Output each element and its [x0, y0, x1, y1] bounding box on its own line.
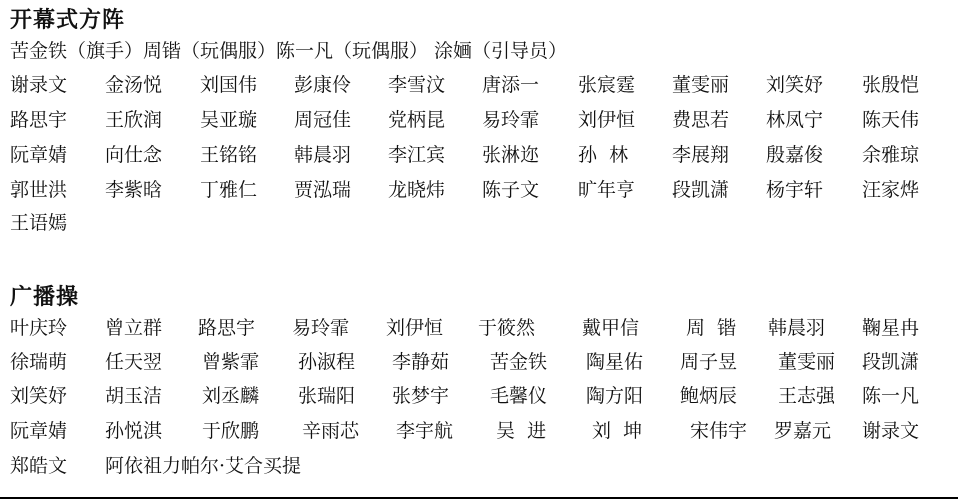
person-name: 徐瑞萌	[10, 347, 67, 374]
person-name: 吴 进	[496, 416, 546, 443]
person-name: 张淋迩	[482, 140, 539, 167]
person-name: 陶方阳	[586, 381, 643, 408]
person-name: 周子昱	[680, 347, 737, 374]
person-name: 张殷恺	[862, 70, 919, 97]
section-title: 开幕式方阵	[10, 3, 125, 34]
person-name: 郭世洪	[10, 175, 67, 202]
person-name: 丁雅仁	[200, 175, 257, 202]
person-name: 路思宇	[10, 105, 67, 132]
person-name: 王志强	[778, 381, 835, 408]
name-row: 郭世洪李紫晗丁雅仁贾泓瑞龙晓炜陈子文旷年亨段凯潇杨宇轩汪家烨	[0, 175, 958, 205]
person-name: 段凯潇	[862, 347, 919, 374]
person-name: 周 锴	[686, 313, 736, 340]
person-name: 王铭铭	[200, 140, 257, 167]
person-name: 李宇航	[396, 416, 453, 443]
person-name: 吴亚璇	[200, 105, 257, 132]
name-row: 刘笑妤胡玉洁刘丞麟张瑞阳张梦宇毛馨仪陶方阳鲍炳辰王志强陈一凡	[0, 381, 958, 411]
person-name: 向仕念	[105, 140, 162, 167]
name-row: 王语嫣	[0, 208, 958, 238]
person-name: 苦金铁	[490, 347, 547, 374]
person-name: 陈天伟	[862, 105, 919, 132]
person-name: 金汤悦	[105, 70, 162, 97]
person-name: 谢录文	[862, 416, 919, 443]
person-name: 阿依祖力帕尔·艾合买提	[105, 451, 301, 478]
person-name: 李雪汶	[388, 70, 445, 97]
person-name: 郑皓文	[10, 451, 67, 478]
person-name: 杨宇轩	[766, 175, 823, 202]
person-name: 汪家烨	[862, 175, 919, 202]
person-name: 陈子文	[482, 175, 539, 202]
person-name: 李江宾	[388, 140, 445, 167]
person-name: 刘笑妤	[766, 70, 823, 97]
person-name: 鞠星冉	[862, 313, 919, 340]
person-name: 谢录文	[10, 70, 67, 97]
person-name: 曾立群	[105, 313, 162, 340]
person-name: 辛雨芯	[302, 416, 359, 443]
person-name: 费思若	[672, 105, 729, 132]
person-name: 张瑞阳	[298, 381, 355, 408]
person-name: 唐添一	[482, 70, 539, 97]
person-name: 易玲霏	[292, 313, 349, 340]
person-name: 孙 林	[578, 140, 628, 167]
person-name: 贾泓瑞	[294, 175, 351, 202]
person-name: 彭康伶	[294, 70, 351, 97]
name-row: 阮章婧孙悦淇于欣鹏辛雨芯李宇航吴 进刘 坤宋伟宇罗嘉元谢录文	[0, 416, 958, 446]
person-name: 胡玉洁	[105, 381, 162, 408]
name-row: 徐瑞萌任天翌曾紫霏孙淑程李静茹苦金铁陶星佑周子昱董雯丽段凯潇	[0, 347, 958, 377]
name-row: 谢录文金汤悦刘国伟彭康伶李雪汶唐添一张宸霆董雯丽刘笑妤张殷恺	[0, 70, 958, 100]
person-name: 党柄昆	[388, 105, 445, 132]
person-name: 李展翔	[672, 140, 729, 167]
name-row: 阮章婧向仕念王铭铭韩晨羽李江宾张淋迩孙 林李展翔殷嘉俊余雅琼	[0, 140, 958, 170]
person-name: 张梦宇	[392, 381, 449, 408]
person-name: 龙晓炜	[388, 175, 445, 202]
person-name: 陶星佑	[586, 347, 643, 374]
lead-line: 苦金铁（旗手）周锴（玩偶服）陈一凡（玩偶服） 涂婳（引导员）	[10, 36, 567, 63]
person-name: 鲍炳辰	[680, 381, 737, 408]
person-name: 殷嘉俊	[766, 140, 823, 167]
bottom-divider	[0, 497, 958, 499]
person-name: 王欣润	[105, 105, 162, 132]
person-name: 曾紫霏	[202, 347, 259, 374]
person-name: 刘 坤	[592, 416, 642, 443]
person-name: 叶庆玲	[10, 313, 67, 340]
person-name: 孙悦淇	[105, 416, 162, 443]
name-row: 路思宇王欣润吴亚璇周冠佳党柄昆易玲霏刘伊恒费思若林凤宁陈天伟	[0, 105, 958, 135]
person-name: 王语嫣	[10, 208, 67, 235]
person-name: 韩晨羽	[294, 140, 351, 167]
section-title: 广播操	[10, 280, 79, 311]
person-name: 阮章婧	[10, 140, 67, 167]
person-name: 李静茹	[392, 347, 449, 374]
name-row: 郑皓文阿依祖力帕尔·艾合买提	[0, 451, 958, 481]
person-name: 刘伊恒	[386, 313, 443, 340]
person-name: 宋伟宇	[690, 416, 747, 443]
person-name: 旷年亨	[578, 175, 635, 202]
person-name: 林凤宁	[766, 105, 823, 132]
person-name: 刘笑妤	[10, 381, 67, 408]
person-name: 于欣鹏	[202, 416, 259, 443]
name-row: 叶庆玲曾立群路思宇易玲霏刘伊恒于筱然戴甲信周 锴韩晨羽鞠星冉	[0, 313, 958, 343]
person-name: 戴甲信	[582, 313, 639, 340]
person-name: 任天翌	[105, 347, 162, 374]
person-name: 阮章婧	[10, 416, 67, 443]
person-name: 路思宇	[198, 313, 255, 340]
person-name: 张宸霆	[578, 70, 635, 97]
person-name: 余雅琼	[862, 140, 919, 167]
person-name: 周冠佳	[294, 105, 351, 132]
person-name: 刘丞麟	[202, 381, 259, 408]
person-name: 刘国伟	[200, 70, 257, 97]
person-name: 易玲霏	[482, 105, 539, 132]
person-name: 李紫晗	[105, 175, 162, 202]
person-name: 韩晨羽	[768, 313, 825, 340]
person-name: 段凯潇	[672, 175, 729, 202]
person-name: 陈一凡	[862, 381, 919, 408]
person-name: 罗嘉元	[774, 416, 831, 443]
person-name: 刘伊恒	[578, 105, 635, 132]
person-name: 董雯丽	[672, 70, 729, 97]
person-name: 董雯丽	[778, 347, 835, 374]
person-name: 孙淑程	[298, 347, 355, 374]
person-name: 于筱然	[478, 313, 535, 340]
person-name: 毛馨仪	[490, 381, 547, 408]
